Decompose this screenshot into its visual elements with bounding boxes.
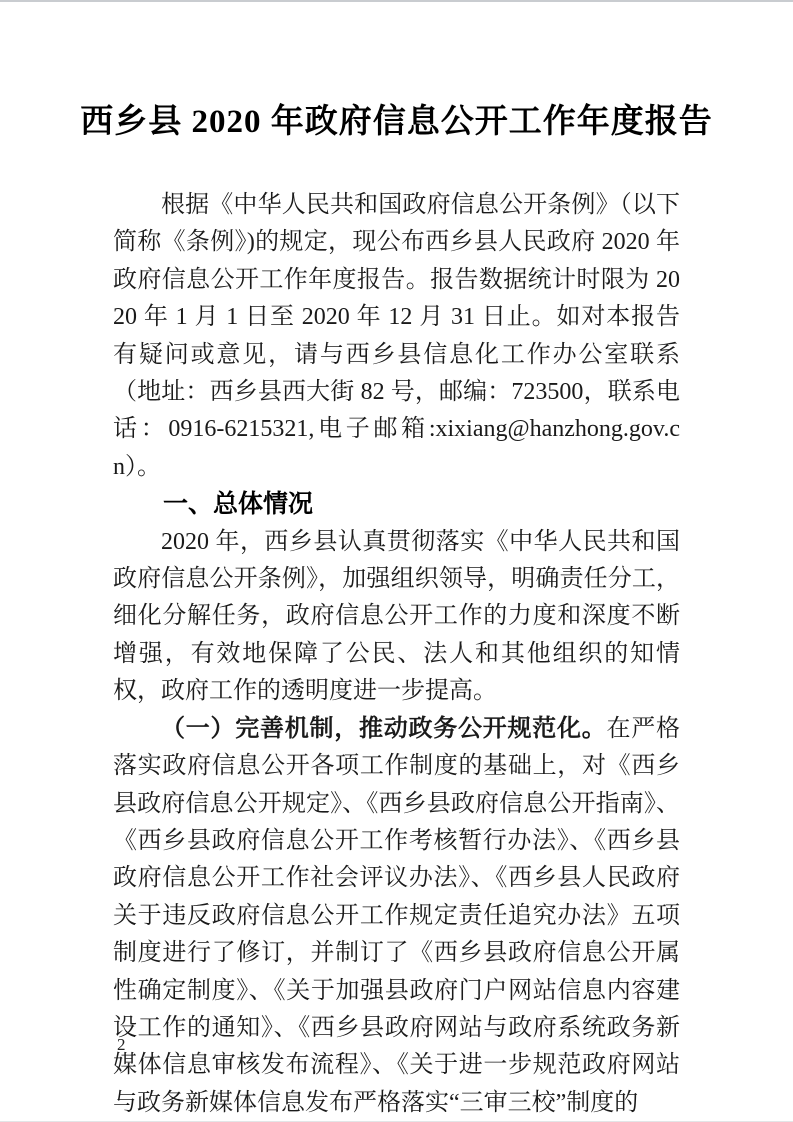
section-heading-overview: 一、总体情况 (113, 486, 680, 523)
page-number: 2 (117, 1035, 126, 1055)
document-title: 西乡县 2020 年政府信息公开工作年度报告 (0, 100, 793, 144)
intro-paragraph: 根据《中华人民共和国政府信息公开条例》（以下简称《条例》)的规定，现公布西乡县人… (113, 187, 680, 486)
overview-paragraph: 2020 年，西乡县认真贯彻落实《中华人民共和国政府信息公开条例》，加强组织领导… (113, 524, 680, 711)
document-page: 西乡县 2020 年政府信息公开工作年度报告 根据《中华人民共和国政府信息公开条… (0, 0, 793, 1122)
document-body: 根据《中华人民共和国政府信息公开条例》（以下简称《条例》)的规定，现公布西乡县人… (113, 187, 680, 1122)
subsection-heading-mechanism: （一）完善机制，推动政务公开规范化。 (161, 716, 607, 742)
mechanism-paragraph: （一）完善机制，推动政务公开规范化。在严格落实政府信息公开各项工作制度的基础上，… (113, 711, 680, 1122)
mechanism-body-text: 在严格落实政府信息公开各项工作制度的基础上，对《西乡县政府信息公开规定》、《西乡… (113, 716, 680, 1116)
